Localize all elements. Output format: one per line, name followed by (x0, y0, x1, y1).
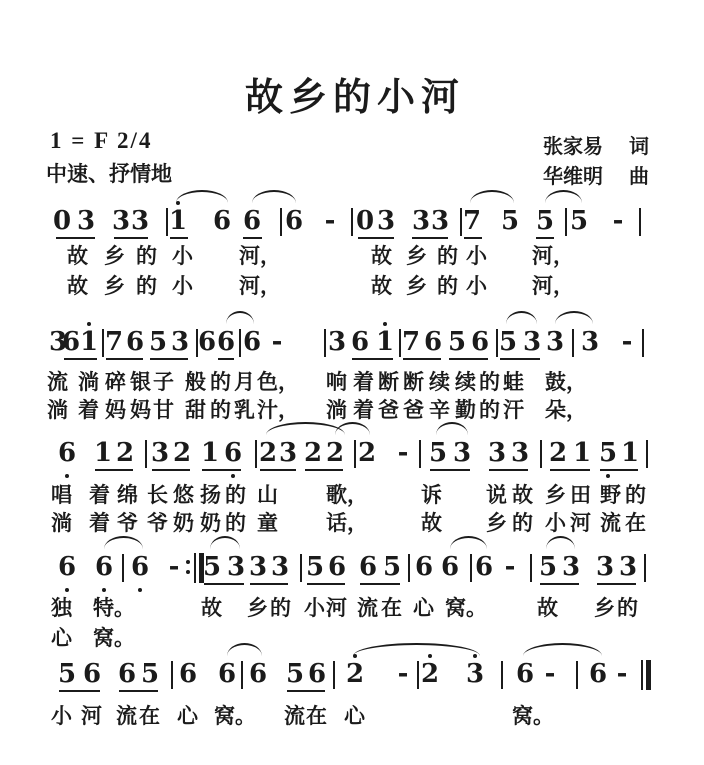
barline (239, 329, 241, 357)
lyric-char: 心 (177, 704, 198, 728)
beam-underline (218, 358, 234, 360)
lyric-char: 般 (185, 370, 206, 394)
lyric-char: 妈 (130, 398, 151, 422)
lyric-char: 银 (130, 370, 151, 394)
note: - (545, 659, 556, 689)
lyric-char: 的 (225, 483, 246, 507)
repeat-barline (194, 553, 196, 583)
tie-slur-arc (252, 190, 296, 203)
beam-underline (95, 469, 133, 471)
lyric-char: 乳 (234, 398, 255, 422)
lyric-char: 爷 (147, 511, 168, 535)
barline (501, 661, 503, 689)
note: 3 (523, 327, 541, 357)
lyric-char: 话， (326, 511, 368, 535)
note: 3 (596, 552, 614, 582)
lyric-char: 断 (378, 370, 399, 394)
lyric-char: 奶 (173, 511, 194, 535)
tie-slur-arc (470, 190, 514, 203)
lyric-char: 流 (116, 704, 137, 728)
note: 3 (271, 552, 289, 582)
lyric-char: 续 (455, 370, 476, 394)
note: 1 (201, 438, 219, 468)
lyric-char: 续 (429, 370, 450, 394)
lyric-char: 小 (304, 596, 325, 620)
lyric-char: 甘 (153, 398, 174, 422)
note: 6 (179, 659, 197, 689)
note: 3 (49, 327, 67, 357)
note: - (398, 438, 409, 468)
note: 5 (383, 552, 401, 582)
tie-slur-arc (227, 643, 262, 656)
lyric-char: 朵， (545, 398, 587, 422)
lyric-char: 窝。 (214, 704, 256, 728)
lyric-char: 着 (89, 483, 110, 507)
note: 1 (621, 438, 639, 468)
octave-dot-below (231, 474, 235, 478)
lyric-char: 的 (479, 370, 500, 394)
lyric-char: 故 (201, 596, 222, 620)
lyric-char: 碎 (105, 370, 126, 394)
beam-underline (56, 237, 95, 239)
tie-slur-arc (506, 311, 537, 324)
beam-underline (305, 469, 343, 471)
lyric-char: 的 (225, 511, 246, 535)
lyric-char: 流 (284, 704, 305, 728)
lyric-char: 汗 (503, 398, 524, 422)
note: - (505, 552, 516, 582)
lyric-char: 子 (153, 370, 174, 394)
barline (565, 208, 567, 236)
lyric-char: 乡 (545, 483, 566, 507)
lyric-char: 的 (479, 398, 500, 422)
lyric-char: 的 (136, 274, 157, 298)
lyric-char: 的 (617, 596, 638, 620)
lyric-char: 淌 (78, 370, 99, 394)
note: 3 (488, 438, 506, 468)
lyric-char: 断 (403, 370, 424, 394)
note: 5 (599, 438, 617, 468)
lyric-char: 爸 (403, 398, 424, 422)
barline (496, 329, 498, 357)
beam-underline (106, 358, 143, 360)
note: 3 (249, 552, 267, 582)
note: 3 (131, 206, 149, 236)
note: 3 (77, 206, 95, 236)
barline (572, 329, 574, 357)
lyric-char: 着 (89, 511, 110, 535)
lyric-char: 乡 (104, 274, 125, 298)
lyricist-name: 张家易 (543, 130, 603, 159)
note: 3 (453, 438, 471, 468)
repeat-dot (186, 560, 190, 564)
lyric-char: 的 (437, 244, 458, 268)
beam-underline (550, 469, 590, 471)
lyricist-credit: 张家易 词 (543, 130, 649, 159)
note: 6 (359, 552, 377, 582)
octave-dot-above (353, 654, 357, 658)
composer-name: 华维明 (543, 160, 603, 189)
note: 2 (173, 438, 191, 468)
lyric-char: 乡 (104, 244, 125, 268)
octave-dot-below (102, 588, 106, 592)
barline (333, 661, 335, 689)
note: 5 (499, 327, 517, 357)
barline (171, 661, 173, 689)
final-barline-thick (646, 660, 651, 690)
lyric-char: 小 (172, 274, 193, 298)
lyric-char: 在 (625, 511, 646, 535)
note: 7 (105, 327, 123, 357)
beam-underline (204, 583, 244, 585)
lyric-char: 河 (570, 511, 591, 535)
lyric-char: 淌 (326, 398, 347, 422)
note: 6 (441, 552, 459, 582)
lyric-char: 的 (625, 483, 646, 507)
beam-underline (307, 583, 345, 585)
barline (460, 208, 462, 236)
barline (646, 440, 648, 468)
lyric-char: 田 (570, 483, 591, 507)
note: 6 (243, 327, 261, 357)
note: 6 (308, 659, 326, 689)
lyric-char: 歌， (326, 483, 368, 507)
octave-dot-above (428, 654, 432, 658)
barline (408, 554, 410, 582)
octave-dot-above (87, 322, 91, 326)
note: 3 (412, 206, 430, 236)
note: - (617, 659, 628, 689)
lyric-char: 故 (371, 274, 392, 298)
note: 5 (58, 659, 76, 689)
beam-underline (358, 237, 394, 239)
lyric-char: 在 (306, 704, 327, 728)
barline (122, 554, 124, 582)
lyric-char: 辛 (429, 398, 450, 422)
beam-underline (250, 583, 288, 585)
note: 6 (243, 206, 261, 236)
barline (417, 661, 419, 689)
lyric-char: 妈 (105, 398, 126, 422)
note: 2 (358, 438, 376, 468)
note: 6 (589, 659, 607, 689)
beam-underline (260, 469, 296, 471)
note: - (325, 206, 336, 236)
note: 3 (151, 438, 169, 468)
beam-underline (403, 358, 441, 360)
note: 2 (346, 659, 364, 689)
note: 2 (421, 659, 439, 689)
lyric-char: 响 (326, 370, 347, 394)
lyric-char: 勤 (455, 398, 476, 422)
barline (145, 440, 147, 468)
note: 5 (570, 206, 588, 236)
lyric-char: 爷 (117, 511, 138, 535)
tie-slur-arc (523, 643, 602, 656)
lyric-char: 小 (51, 704, 72, 728)
barline (642, 329, 644, 357)
barline (399, 329, 401, 357)
beam-underline (243, 237, 262, 239)
barline (166, 208, 168, 236)
lyric-char: 的 (136, 244, 157, 268)
lyric-char: 淌 (47, 398, 68, 422)
note: 6 (351, 327, 369, 357)
note: 3 (546, 327, 564, 357)
note: 2 (116, 438, 134, 468)
lyric-char: 流 (47, 370, 68, 394)
note: 6 (217, 327, 235, 357)
octave-dot-above (176, 201, 180, 205)
octave-dot-below (606, 474, 610, 478)
note: 2 (549, 438, 567, 468)
barline (300, 554, 302, 582)
note: 5 (501, 206, 519, 236)
octave-dot-below (138, 588, 142, 592)
octave-dot-above (473, 654, 477, 658)
lyric-char: 河， (532, 274, 574, 298)
lyric-char: 窝。 (512, 704, 554, 728)
note: 3 (112, 206, 130, 236)
note: 6 (471, 327, 489, 357)
note: 6 (224, 438, 242, 468)
lyric-char: 心 (51, 626, 72, 650)
lyric-char: 着 (353, 370, 374, 394)
note: 3 (171, 327, 189, 357)
lyric-char: 童 (257, 511, 278, 535)
barline (196, 329, 198, 357)
octave-dot-below (65, 474, 69, 478)
repeat-barline-thick (199, 553, 204, 583)
barline (644, 554, 646, 582)
lyric-char: 故 (421, 511, 442, 535)
tie-slur-arc (335, 422, 370, 435)
note: 3 (581, 327, 599, 357)
lyric-char: 小 (466, 274, 487, 298)
composer-credit: 华维明 曲 (543, 160, 649, 189)
lyric-char: 故 (67, 244, 88, 268)
barline (102, 329, 104, 357)
barline (354, 440, 356, 468)
tie-slur-arc (210, 536, 240, 549)
lyric-char: 扬 (200, 483, 221, 507)
composer-role: 曲 (629, 160, 649, 189)
note: 5 (536, 206, 554, 236)
tie-slur-arc (436, 422, 468, 435)
note: 6 (118, 659, 136, 689)
tie-slur-arc (353, 643, 480, 656)
lyric-char: 河 (81, 704, 102, 728)
lyric-char: 窝。 (445, 596, 487, 620)
lyric-char: 在 (139, 704, 160, 728)
lyric-char: 野 (600, 483, 621, 507)
beam-underline (360, 583, 400, 585)
octave-dot-above (383, 322, 387, 326)
note: 5 (286, 659, 304, 689)
note: 6 (249, 659, 267, 689)
lyric-char: 流 (357, 596, 378, 620)
note: 5 (539, 552, 557, 582)
beam-underline (597, 583, 636, 585)
lyric-char: 奶 (200, 511, 221, 535)
note: 1 (376, 327, 394, 357)
lyric-char: 说 (486, 483, 507, 507)
lyric-char: 故 (371, 244, 392, 268)
beam-underline (489, 469, 528, 471)
beam-underline (202, 469, 241, 471)
lyric-char: 色， (257, 370, 299, 394)
barline (576, 661, 578, 689)
lyric-char: 窝。 (93, 626, 135, 650)
barline (470, 554, 472, 582)
beam-underline (287, 690, 325, 692)
lyric-char: 独 (51, 596, 72, 620)
note: 1 (169, 206, 187, 236)
song-title: 故乡的小河 (0, 66, 704, 121)
tie-slur-arc (176, 190, 228, 203)
note: 6 (95, 552, 113, 582)
note: 3 (511, 438, 529, 468)
note: 5 (306, 552, 324, 582)
lyric-char: 汁， (257, 398, 299, 422)
lyric-char: 河， (239, 274, 281, 298)
beam-underline (152, 469, 190, 471)
note: 0 (53, 206, 71, 236)
beam-underline (119, 690, 158, 692)
lyric-char: 流 (600, 511, 621, 535)
note: - (622, 327, 633, 357)
lyric-char: 河， (532, 244, 574, 268)
note: 1 (94, 438, 112, 468)
lyric-char: 故 (67, 274, 88, 298)
lyric-char: 心 (344, 704, 365, 728)
note: 0 (356, 206, 374, 236)
lyric-char: 乡 (486, 511, 507, 535)
note: 5 (429, 438, 447, 468)
note: - (613, 206, 624, 236)
note: 2 (259, 438, 277, 468)
note: 1 (573, 438, 591, 468)
beam-underline (170, 237, 188, 239)
barline (419, 440, 421, 468)
note: 1 (80, 327, 98, 357)
lyric-char: 小 (545, 511, 566, 535)
note: 3 (328, 327, 346, 357)
beam-underline (150, 358, 188, 360)
tie-slur-arc (545, 190, 582, 203)
note: 6 (415, 552, 433, 582)
lyric-char: 山 (257, 483, 278, 507)
lyric-char: 特。 (93, 596, 135, 620)
note: - (398, 659, 409, 689)
tie-slur-arc (546, 536, 575, 549)
lyric-char: 河， (239, 244, 281, 268)
beam-underline (412, 237, 448, 239)
note: 6 (285, 206, 303, 236)
note: 7 (463, 206, 481, 236)
tie-slur-arc (555, 311, 593, 324)
lyric-char: 月 (234, 370, 255, 394)
note: 3 (619, 552, 637, 582)
barline (540, 440, 542, 468)
note: - (272, 327, 283, 357)
lyric-char: 唱 (51, 483, 72, 507)
barline (639, 208, 641, 236)
lyric-char: 乡 (406, 274, 427, 298)
barline (241, 661, 243, 689)
note: 6 (424, 327, 442, 357)
lyric-char: 鼓， (545, 370, 587, 394)
beam-underline (430, 469, 470, 471)
lyric-char: 长 (147, 483, 168, 507)
lyric-char: 着 (78, 398, 99, 422)
note: 3 (431, 206, 449, 236)
note: 6 (62, 327, 80, 357)
lyric-char: 在 (381, 596, 402, 620)
barline (351, 208, 353, 236)
lyric-char: 爸 (378, 398, 399, 422)
lyric-char: 的 (270, 596, 291, 620)
note: 2 (304, 438, 322, 468)
tempo-marking: 中速、抒情地 (46, 158, 172, 188)
lyricist-role: 词 (629, 130, 649, 159)
tie-slur-arc (226, 311, 254, 324)
lyric-char: 的 (512, 511, 533, 535)
note: 3 (562, 552, 580, 582)
note: 7 (402, 327, 420, 357)
barline (280, 208, 282, 236)
lyric-char: 故 (537, 596, 558, 620)
octave-dot-below (65, 588, 69, 592)
note: 6 (218, 659, 236, 689)
lyric-char: 蛙 (503, 370, 524, 394)
note: 3 (227, 552, 245, 582)
repeat-dot (186, 570, 190, 574)
note: 5 (448, 327, 466, 357)
note: 3 (466, 659, 484, 689)
beam-underline (114, 237, 148, 239)
note: 6 (475, 552, 493, 582)
lyric-char: 的 (210, 370, 231, 394)
beam-underline (64, 358, 97, 360)
beam-underline (352, 358, 393, 360)
lyric-char: 乡 (594, 596, 615, 620)
note: 6 (83, 659, 101, 689)
note: 5 (203, 552, 221, 582)
barline (255, 440, 257, 468)
key-time-signature: 1 = F 2/4 (50, 128, 152, 154)
lyric-char: 着 (353, 398, 374, 422)
tie-slur-arc (104, 536, 143, 549)
beam-underline (500, 358, 540, 360)
lyric-char: 小 (466, 244, 487, 268)
note: 6 (58, 438, 76, 468)
lyric-char: 诉 (421, 483, 442, 507)
note: 6 (126, 327, 144, 357)
lyric-char: 的 (437, 274, 458, 298)
lyric-char: 绵 (117, 483, 138, 507)
lyric-char: 故 (512, 483, 533, 507)
beam-underline (59, 690, 100, 692)
note: 5 (149, 327, 167, 357)
lyric-char: 的 (210, 398, 231, 422)
note: 2 (326, 438, 344, 468)
note: 3 (377, 206, 395, 236)
beam-underline (600, 469, 638, 471)
lyric-char: 甜 (185, 398, 206, 422)
note: 6 (213, 206, 231, 236)
beam-underline (449, 358, 488, 360)
